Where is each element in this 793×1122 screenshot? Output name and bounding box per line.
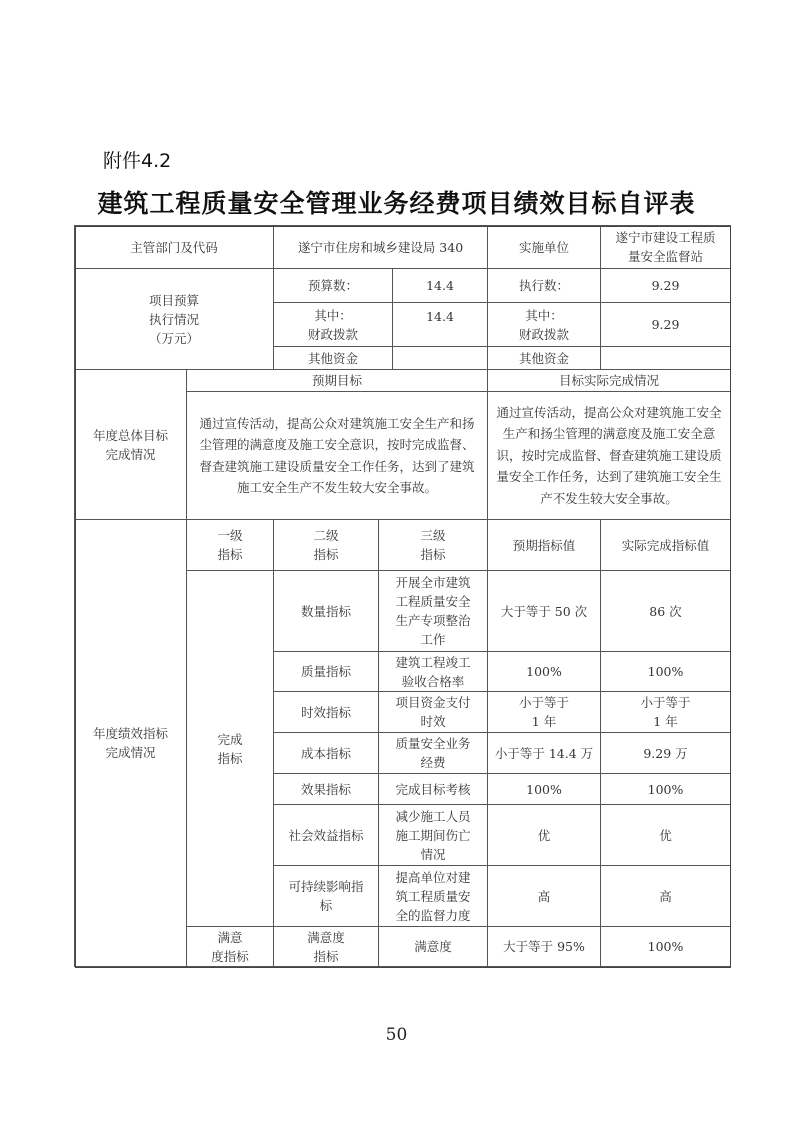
fiscal-exec-cell: 9.29 (600, 302, 731, 347)
level2-text: 质量指标 (301, 662, 351, 681)
actual-goal-header: 目标实际完成情况 (559, 371, 659, 390)
other-label-cell: 其他资金 (273, 346, 393, 370)
dept-value-cell: 遂宁市住房和城乡建设局 340 (273, 225, 488, 269)
expected-goal-header-cell: 预期目标 (186, 369, 488, 392)
table-row-cost-level2: 成本指标 (273, 732, 379, 774)
other-exec-label-cell: 其他资金 (487, 346, 601, 370)
level3-text: 质量安全业务 经费 (395, 734, 470, 772)
attachment-label: 附件4.2 (103, 146, 171, 173)
annual-goal-label-cell: 年度总体目标 完成情况 (74, 369, 187, 520)
actual-value: 100% (648, 780, 684, 799)
performance-label: 年度绩效指标 完成情况 (93, 724, 168, 762)
header-expected-text: 预期指标值 (513, 536, 576, 555)
level3-text: 开展全市建筑 工程质量安全 生产专项整治 工作 (395, 573, 470, 649)
satisfaction-expected-text: 大于等于 95% (503, 937, 585, 956)
actual-value: 100% (648, 662, 684, 681)
actual-value: 小于等于 1 年 (640, 693, 690, 731)
annual-goal-label: 年度总体目标 完成情况 (93, 426, 168, 464)
level3-text: 提高单位对建 筑工程质量安 全的监督力度 (395, 868, 470, 925)
table-row-social-expected: 优 (487, 804, 601, 866)
fiscal-budget-value: 14.4 (426, 307, 454, 326)
table-row-quantity-level2: 数量指标 (273, 570, 379, 652)
header-level1: 一级 指标 (186, 519, 274, 571)
page-title: 建筑工程质量安全管理业务经费项目绩效目标自评表 (0, 184, 793, 220)
expected-value: 高 (538, 887, 551, 906)
expected-value: 小于等于 1 年 (519, 693, 569, 731)
fiscal-exec-value: 9.29 (652, 315, 680, 334)
fiscal-exec-label-cell: 其中： 财政拨款 (487, 302, 601, 347)
level1-completion-cell: 完成 指标 (186, 570, 274, 927)
expected-value: 优 (538, 826, 551, 845)
budget-label-cell: 项目预算 执行情况 （万元） (74, 268, 274, 370)
exec-count-value: 9.29 (652, 276, 680, 295)
exec-count-label-cell: 执行数： (487, 268, 601, 303)
impl-label-cell: 实施单位 (487, 225, 601, 269)
table-row-effect-level3: 完成目标考核 (378, 773, 488, 805)
table-row-quality-level2: 质量指标 (273, 651, 379, 692)
other-funds-label: 其他资金 (308, 349, 358, 368)
budget-count-value-cell: 14.4 (392, 268, 488, 303)
budget-count-label: 预算数： (308, 276, 358, 295)
table-row-sustainable-level2: 可持续影响指 标 (273, 865, 379, 927)
table-row-social-level2: 社会效益指标 (273, 804, 379, 866)
level2-text: 效果指标 (301, 780, 351, 799)
table-row-effect-expected: 100% (487, 773, 601, 805)
header-level2-text: 二级 指标 (313, 526, 338, 564)
actual-value: 优 (659, 826, 672, 845)
satisfaction-level3-text: 满意度 (414, 937, 452, 956)
table-row-quality-expected: 100% (487, 651, 601, 692)
actual-goal-text: 通过宣传活动，提高公众对建筑施工安全生产和扬尘管理的满意度及施工安全意识，按时完… (492, 402, 726, 510)
expected-goal-text-cell: 通过宣传活动，提高公众对建筑施工安全生产和扬尘管理的满意度及施工安全意识，按时完… (186, 391, 488, 520)
expected-goal-header: 预期目标 (312, 371, 362, 390)
fiscal-label: 其中： 财政拨款 (308, 306, 358, 344)
table-row-timeliness-level2: 时效指标 (273, 691, 379, 733)
table-row-effect-level2: 效果指标 (273, 773, 379, 805)
expected-value: 100% (526, 662, 562, 681)
header-level3: 三级 指标 (378, 519, 488, 571)
actual-goal-text-cell: 通过宣传活动，提高公众对建筑施工安全生产和扬尘管理的满意度及施工安全意识，按时完… (487, 391, 731, 520)
table-row-effect-actual: 100% (600, 773, 731, 805)
header-actual: 实际完成指标值 (600, 519, 731, 571)
satisfaction-actual-text: 100% (648, 937, 684, 956)
expected-value: 100% (526, 780, 562, 799)
level1-completion: 完成 指标 (217, 730, 242, 768)
table-row-sustainable-actual: 高 (600, 865, 731, 927)
actual-value: 9.29 万 (643, 744, 687, 763)
table-row-timeliness-expected: 小于等于 1 年 (487, 691, 601, 733)
level2-text: 数量指标 (301, 602, 351, 621)
impl-label: 实施单位 (519, 238, 569, 257)
other-budget-cell (392, 346, 488, 370)
expected-goal-text: 通过宣传活动，提高公众对建筑施工安全生产和扬尘管理的满意度及施工安全意识，按时完… (195, 413, 479, 499)
fiscal-label-cell: 其中： 财政拨款 (273, 302, 393, 347)
table-row-cost-level3: 质量安全业务 经费 (378, 732, 488, 774)
table-row-sustainable-expected: 高 (487, 865, 601, 927)
table-row-quality-actual: 100% (600, 651, 731, 692)
fiscal-budget-cell: 14.4 (392, 302, 488, 347)
table-row-cost-actual: 9.29 万 (600, 732, 731, 774)
table-row-timeliness-actual: 小于等于 1 年 (600, 691, 731, 733)
budget-count-label-cell: 预算数： (273, 268, 393, 303)
level2-text: 时效指标 (301, 703, 351, 722)
dept-label-cell: 主管部门及代码 (74, 225, 274, 269)
level2-text: 可持续影响指 标 (288, 877, 363, 915)
fiscal-exec-label: 其中： 财政拨款 (519, 306, 569, 344)
budget-label: 项目预算 执行情况 （万元） (149, 291, 199, 348)
level3-text: 减少施工人员 施工期间伤亡 情况 (395, 807, 470, 864)
header-level3-text: 三级 指标 (420, 526, 445, 564)
performance-label-cell: 年度绩效指标 完成情况 (74, 519, 187, 967)
actual-value: 高 (659, 887, 672, 906)
expected-value: 小于等于 14.4 万 (495, 744, 593, 763)
budget-count-value: 14.4 (426, 276, 454, 295)
satisfaction-level1: 满意 度指标 (186, 926, 274, 967)
table-row-quantity-actual: 86 次 (600, 570, 731, 652)
level3-text: 项目资金支付 时效 (395, 693, 470, 731)
level2-text: 成本指标 (301, 744, 351, 763)
table-row-quality-level3: 建筑工程竣工 验收合格率 (378, 651, 488, 692)
expected-value: 大于等于 50 次 (501, 602, 587, 621)
exec-count-label: 执行数： (519, 276, 569, 295)
level3-text: 建筑工程竣工 验收合格率 (395, 653, 470, 691)
header-level2: 二级 指标 (273, 519, 379, 571)
exec-count-value-cell: 9.29 (600, 268, 731, 303)
table-row-social-actual: 优 (600, 804, 731, 866)
satisfaction-level2-text: 满意度 指标 (307, 928, 345, 966)
satisfaction-level1-text: 满意 度指标 (211, 928, 249, 966)
table-row-social-level3: 减少施工人员 施工期间伤亡 情况 (378, 804, 488, 866)
header-actual-text: 实际完成指标值 (622, 536, 710, 555)
satisfaction-actual: 100% (600, 926, 731, 967)
table-row-quantity-expected: 大于等于 50 次 (487, 570, 601, 652)
dept-value: 遂宁市住房和城乡建设局 340 (298, 238, 463, 257)
actual-value: 86 次 (649, 602, 681, 621)
level2-text: 社会效益指标 (288, 826, 363, 845)
actual-goal-header-cell: 目标实际完成情况 (487, 369, 731, 392)
other-funds-exec-label: 其他资金 (519, 349, 569, 368)
table-row-timeliness-level3: 项目资金支付 时效 (378, 691, 488, 733)
satisfaction-level2: 满意度 指标 (273, 926, 379, 967)
impl-value-cell: 遂宁市建设工程质 量安全监督站 (600, 225, 731, 269)
table-row-quantity-level3: 开展全市建筑 工程质量安全 生产专项整治 工作 (378, 570, 488, 652)
other-exec-cell (600, 346, 731, 370)
header-expected: 预期指标值 (487, 519, 601, 571)
satisfaction-expected: 大于等于 95% (487, 926, 601, 967)
impl-value: 遂宁市建设工程质 量安全监督站 (615, 228, 715, 266)
table-row-sustainable-level3: 提高单位对建 筑工程质量安 全的监督力度 (378, 865, 488, 927)
level3-text: 完成目标考核 (395, 780, 470, 799)
header-level1-text: 一级 指标 (217, 526, 242, 564)
dept-label: 主管部门及代码 (130, 238, 218, 257)
page-number: 50 (0, 1025, 793, 1045)
table-row-cost-expected: 小于等于 14.4 万 (487, 732, 601, 774)
satisfaction-level3: 满意度 (378, 926, 488, 967)
